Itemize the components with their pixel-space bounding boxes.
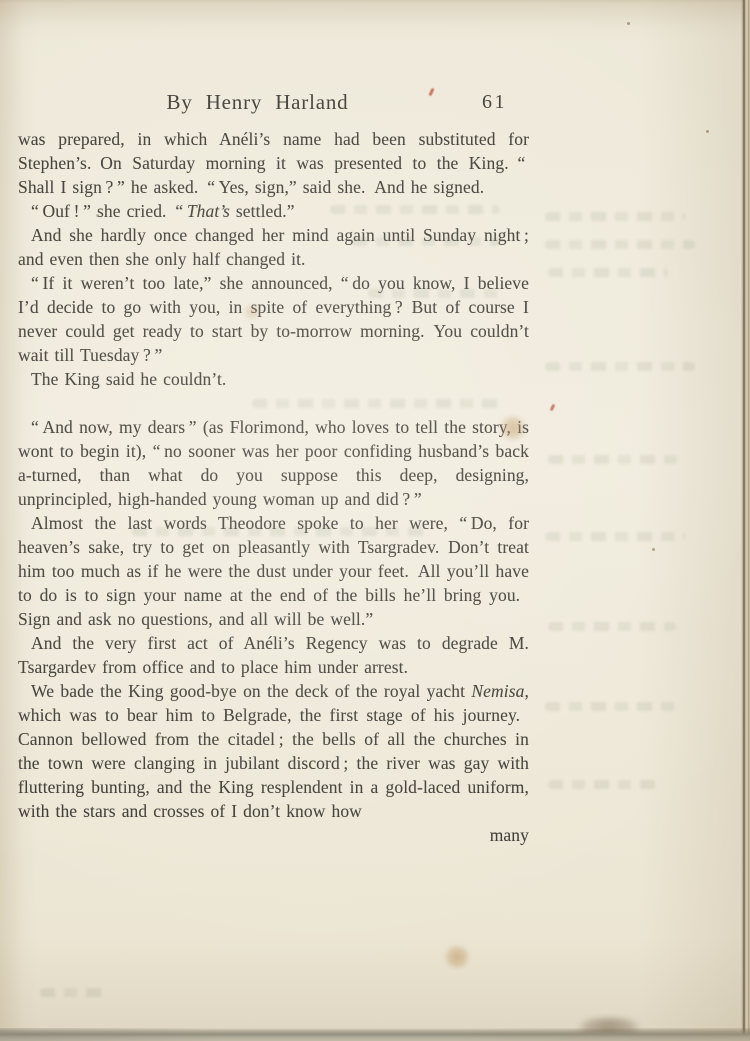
- page-edge-right: [741, 0, 750, 1041]
- foxing-speck: [652, 548, 655, 551]
- foxing-speck: [706, 130, 709, 133]
- stain: [500, 416, 526, 440]
- bleedthrough-smudge: [40, 988, 110, 997]
- paragraph: “ And now, my dears ” (as Florimond, who…: [18, 415, 529, 511]
- ink-mark: [550, 404, 556, 412]
- paragraph: Almost the last words Theodore spoke to …: [18, 511, 529, 631]
- page-edge-bottom: [0, 1028, 750, 1041]
- bleedthrough-smudge: [545, 212, 685, 221]
- header-title: By Henry Harland: [2, 90, 513, 115]
- bleedthrough-smudge: [548, 622, 676, 631]
- page-number: 61: [482, 91, 507, 114]
- bleedthrough-smudge: [548, 780, 656, 789]
- bleedthrough-smudge: [545, 362, 695, 371]
- paragraph: “ If it weren’t too late,” she announced…: [18, 271, 529, 367]
- catchword: many: [18, 823, 529, 847]
- stain: [243, 305, 261, 319]
- paragraph: And she hardly once changed her mind aga…: [18, 223, 529, 271]
- paragraph: “ Ouf ! ” she cried. “ That’s settled.”: [18, 199, 529, 223]
- stain: [444, 946, 470, 968]
- bleedthrough-smudge: [545, 702, 683, 711]
- bleedthrough-smudge: [545, 240, 695, 249]
- bleedthrough-smudge: [548, 455, 678, 464]
- paragraph: We bade the King good-bye on the deck of…: [18, 679, 529, 823]
- running-header: By Henry Harland 61: [18, 90, 529, 118]
- paragraph: The King said he couldn’t.: [18, 367, 529, 391]
- foxing-speck: [627, 22, 630, 25]
- bleedthrough-smudge: [545, 532, 685, 541]
- bleedthrough-smudge: [548, 268, 668, 277]
- paragraph: And the very first act of Anéli’s Regenc…: [18, 631, 529, 679]
- foxing-speck: [96, 214, 99, 217]
- scanned-book-page: By Henry Harland 61 was prepared, in whi…: [0, 0, 750, 1041]
- body-text: was prepared, in which Anéli’s name had …: [18, 127, 529, 847]
- paragraph: was prepared, in which Anéli’s name had …: [18, 127, 529, 199]
